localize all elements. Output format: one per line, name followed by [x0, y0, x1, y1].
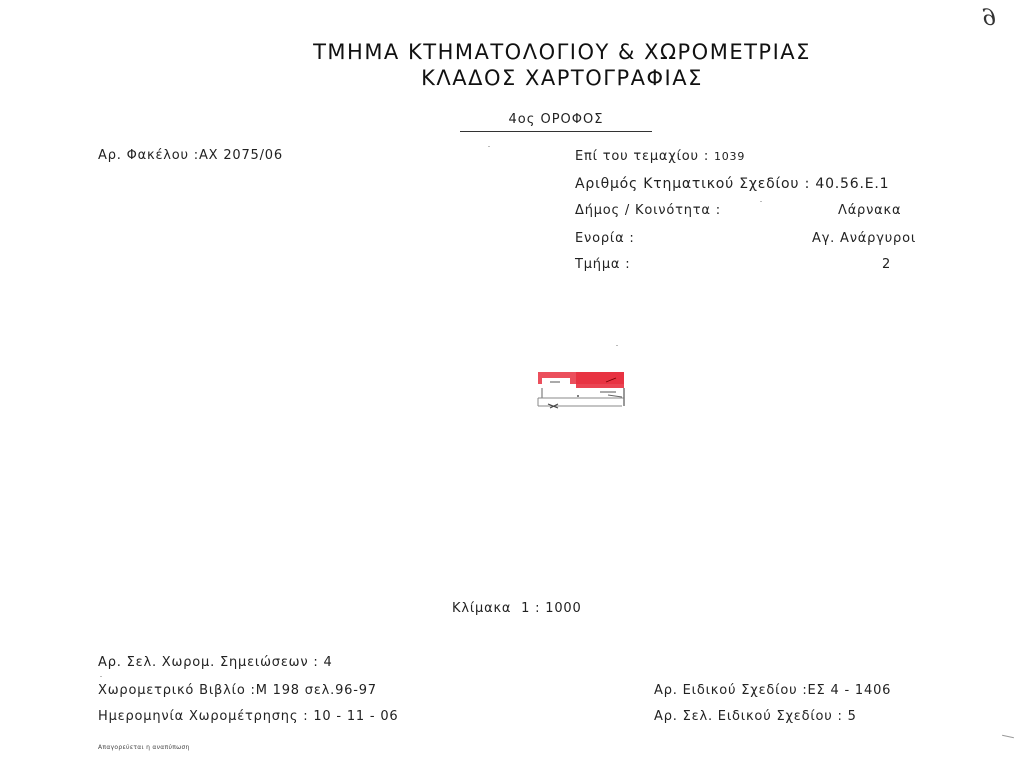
cadastral-plan-row: Αριθμός Κτηματικού Σχεδίου : 40.56.Ε.1: [575, 176, 889, 192]
cadastral-plan-value: 40.56.Ε.1: [815, 176, 889, 192]
branch-title: ΚΛΑΔΟΣ ΧΑΡΤΟΓΡΑΦΙΑΣ: [0, 66, 1024, 90]
notes-pages-value: 4: [323, 655, 332, 670]
survey-book-row: Χωρομετρικό Βιβλίο :Μ 198 σελ.96-97: [98, 683, 377, 698]
department-title: ΤΜΗΜΑ ΚΤΗΜΑΤΟΛΟΓΙΟΥ & ΧΩΡΟΜΕΤΡΙΑΣ: [0, 40, 1024, 64]
parcel-label: Επί του τεμαχίου :: [575, 149, 709, 164]
special-plan-number-label: Αρ. Ειδικού Σχεδίου :: [654, 683, 808, 698]
survey-date-row: Ημερομηνία Χωρομέτρησης : 10 - 11 - 06: [98, 709, 398, 724]
file-number: Αρ. Φακέλου :ΑΧ 2075/06: [98, 148, 283, 163]
parcel-row: Επί του τεμαχίου : 1039: [575, 149, 745, 164]
scan-speck: [100, 676, 102, 677]
municipality-label: Δήμος / Κοινότητα :: [575, 203, 721, 218]
special-plan-page-row: Αρ. Σελ. Ειδικού Σχεδίου : 5: [654, 709, 857, 724]
survey-date-label: Ημερομηνία Χωρομέτρησης :: [98, 709, 308, 724]
parish-label: Ενορία :: [575, 231, 635, 246]
parish-row: Ενορία :: [575, 231, 635, 246]
municipality-row: Δήμος / Κοινότητα :: [575, 203, 721, 218]
scan-speck: [760, 201, 762, 202]
scale-value: 1 : 1000: [521, 601, 581, 616]
file-number-value: ΑΧ 2075/06: [199, 148, 283, 163]
survey-book-value: Μ 198 σελ.96-97: [256, 683, 377, 698]
special-plan-page-value: 5: [848, 709, 857, 724]
reproduction-notice: Απαγορεύεται η αναπύπωση: [98, 744, 190, 751]
section-label: Τμήμα :: [575, 257, 630, 272]
special-plan-number-value: ΕΣ 4 - 1406: [808, 683, 892, 698]
scan-speck: [616, 345, 618, 346]
cadastral-plan-label: Αριθμός Κτηματικού Σχεδίου :: [575, 176, 810, 192]
file-number-label: Αρ. Φακέλου :: [98, 148, 199, 163]
special-plan-page-label: Αρ. Σελ. Ειδικού Σχεδίου :: [654, 709, 843, 724]
parish-value: Αγ. Ανάργυροι: [812, 231, 916, 246]
scale-label: Κλίμακα: [452, 601, 511, 616]
notes-pages-label: Αρ. Σελ. Χωρομ. Σημειώσεων :: [98, 655, 319, 670]
scan-mark: [1002, 735, 1014, 738]
survey-date-value: 10 - 11 - 06: [313, 709, 398, 724]
handwritten-page-mark: 6: [982, 6, 996, 31]
special-plan-number-row: Αρ. Ειδικού Σχεδίου :ΕΣ 4 - 1406: [654, 683, 891, 698]
floor-plan-sketch: [536, 370, 628, 412]
notes-pages-row: Αρ. Σελ. Χωρομ. Σημειώσεων : 4: [98, 655, 333, 670]
floor-heading: 4ος ΟΡΟΦΟΣ: [460, 112, 652, 132]
scale: Κλίμακα 1 : 1000: [452, 601, 582, 616]
section-row: Τμήμα :: [575, 257, 630, 272]
section-value: 2: [882, 257, 891, 272]
parcel-value: 1039: [714, 150, 745, 163]
survey-book-label: Χωρομετρικό Βιβλίο :: [98, 683, 256, 698]
scan-speck: [488, 146, 490, 147]
municipality-value: Λάρνακα: [838, 203, 901, 218]
